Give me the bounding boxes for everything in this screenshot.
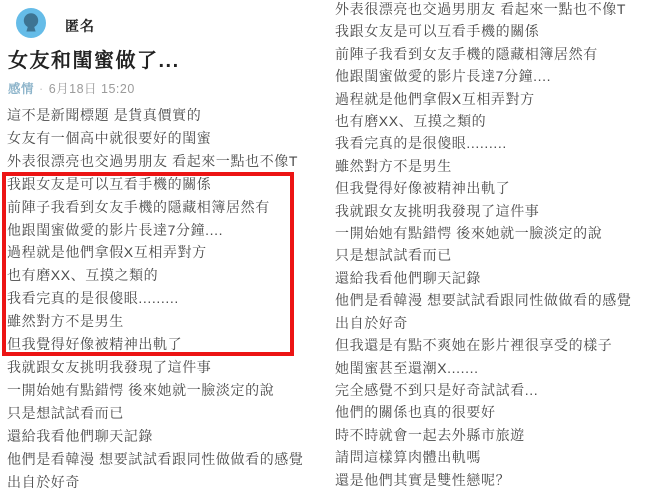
forum-post-screenshot: 匿名 女友和閨蜜做了... 感情·6月18日 15:20 這不是新聞標題 是貨真…	[0, 0, 656, 492]
text-line: 請問這樣算肉體出軌嗎	[335, 446, 632, 468]
text-line: 時不時就會一起去外縣市旅遊	[335, 424, 632, 446]
text-line: 但我覺得好像被精神出軌了	[335, 177, 632, 199]
text-line: 也有磨XX、互摸之類的	[7, 264, 304, 287]
post-body-left-column: 這不是新聞標題 是貨真價實的女友有一個高中就很要好的閨蜜外表很漂亮也交過男朋友 …	[7, 104, 304, 492]
text-line: 一開始她有點錯愕 後來她就一臉淡定的說	[7, 379, 304, 402]
text-line: 還給我看他們聊天記錄	[335, 267, 632, 289]
text-line: 只是想試試看而已	[335, 244, 632, 266]
text-line: 出自於好奇	[7, 471, 304, 492]
text-line: 他跟閨蜜做愛的影片長達7分鐘....	[335, 65, 632, 87]
post-title: 女友和閨蜜做了...	[8, 44, 180, 73]
text-line: 我就跟女友挑明我發現了這件事	[335, 200, 632, 222]
text-line: 出自於好奇	[335, 312, 632, 334]
text-line: 我看完真的是很傻眼.........	[335, 132, 632, 154]
text-line: 他們是看韓漫 想要試試看跟同性做做看的感覺	[7, 448, 304, 471]
text-line: 我看完真的是很傻眼.........	[7, 287, 304, 310]
author-label: 匿名	[65, 16, 95, 36]
person-silhouette-icon	[16, 8, 46, 38]
post-body-right-column: 外表很漂亮也交過男朋友 看起來一點也不像T我跟女友是可以互看手機的關係前陣子我看…	[335, 0, 632, 491]
text-line: 他跟閨蜜做愛的影片長達7分鐘....	[7, 219, 304, 242]
text-line: 過程就是他們拿假X互相弄對方	[335, 88, 632, 110]
text-line: 我就跟女友挑明我發現了這件事	[7, 356, 304, 379]
text-line: 前陣子我看到女友手機的隱藏相簿居然有	[335, 43, 632, 65]
text-line: 外表很漂亮也交過男朋友 看起來一點也不像T	[7, 150, 304, 173]
timestamp: 6月18日 15:20	[49, 82, 135, 96]
text-line: 這不是新聞標題 是貨真價實的	[7, 104, 304, 127]
text-line: 完全感覺不到只是好奇試試看...	[335, 379, 632, 401]
text-line: 女友有一個高中就很要好的閨蜜	[7, 127, 304, 150]
text-line: 一開始她有點錯愕 後來她就一臉淡定的說	[335, 222, 632, 244]
category-link[interactable]: 感情	[8, 82, 34, 96]
text-line: 雖然對方不是男生	[7, 310, 304, 333]
text-line: 但我還是有點不爽她在影片裡很享受的樣子	[335, 334, 632, 356]
anonymous-avatar-icon	[16, 8, 46, 38]
post-meta: 感情·6月18日 15:20	[8, 79, 135, 97]
text-line: 他們是看韓漫 想要試試看跟同性做做看的感覺	[335, 289, 632, 311]
text-line: 他們的關係也真的很要好	[335, 401, 632, 423]
text-line: 也有磨XX、互摸之類的	[335, 110, 632, 132]
text-line: 還是他們其實是雙性戀呢？	[335, 469, 632, 491]
text-line: 還給我看他們聊天記錄	[7, 425, 304, 448]
text-line: 我跟女友是可以互看手機的關係	[335, 20, 632, 42]
text-line: 我跟女友是可以互看手機的關係	[7, 173, 304, 196]
text-line: 但我覺得好像被精神出軌了	[7, 333, 304, 356]
text-line: 雖然對方不是男生	[335, 155, 632, 177]
text-line: 她閨蜜甚至還潮X.......	[335, 357, 632, 379]
text-line: 只是想試試看而已	[7, 402, 304, 425]
text-line: 過程就是他們拿假X互相弄對方	[7, 241, 304, 264]
meta-separator: ·	[39, 82, 44, 96]
text-line: 外表很漂亮也交過男朋友 看起來一點也不像T	[335, 0, 632, 20]
text-line: 前陣子我看到女友手機的隱藏相簿居然有	[7, 196, 304, 219]
